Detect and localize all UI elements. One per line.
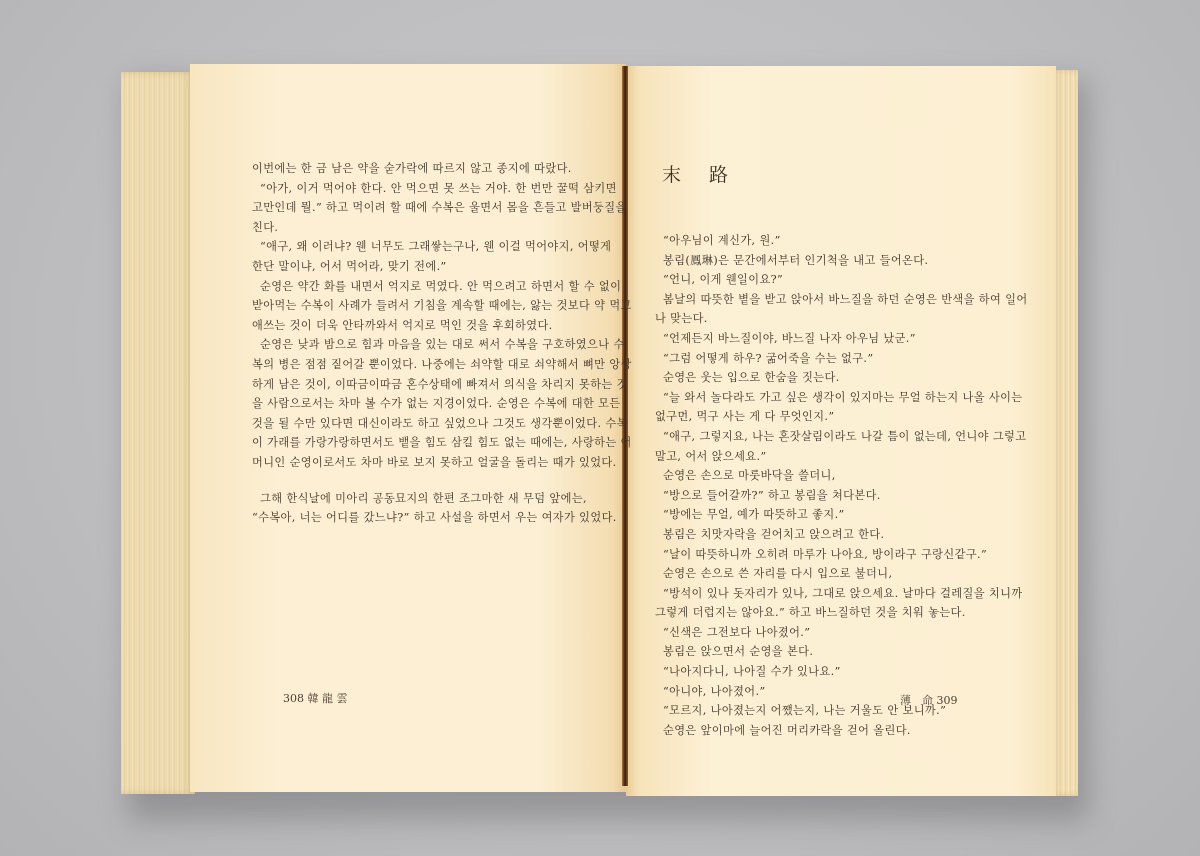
text-line: 하게 남은 것이, 이따금이따금 혼수상태에 빠져서 의식을 차리지 못하는 것 bbox=[252, 375, 590, 395]
text-line: 나 맞는다. bbox=[655, 309, 989, 329]
text-line: 이번에는 한 금 남은 약을 숟가락에 따르지 않고 종지에 따랐다. bbox=[252, 159, 590, 179]
chapter-title: 末路 bbox=[662, 160, 756, 187]
chapter-title-char: 路 bbox=[709, 164, 730, 186]
text-line: 순영은 약간 화를 내면서 억지로 먹였다. 안 먹으려고 하면서 할 수 없이 bbox=[252, 277, 590, 297]
text-line: 애쓰는 것이 더욱 안타까와서 억지로 먹인 것을 후회하였다. bbox=[252, 316, 590, 336]
text-line: 그해 한식날에 미아리 공동묘지의 한편 조그마한 새 무덤 앞에는, bbox=[252, 489, 590, 509]
text-line: 봄날의 따뜻한 볕을 받고 앉아서 바느질을 하던 순영은 반색을 하여 일어 bbox=[655, 290, 989, 310]
text-line: 순영은 손으로 마룻바닥을 쓸더니, bbox=[655, 466, 989, 486]
text-line: 친다. bbox=[252, 218, 590, 238]
text-line: 봉림은 치맛자락을 걷어치고 앉으려고 한다. bbox=[655, 525, 989, 545]
text-line: 봉림(鳳琳)은 문간에서부터 인기척을 내고 들어온다. bbox=[655, 251, 989, 271]
text-line: “늘 와서 놀다라도 가고 싶은 생각이 있지마는 무얼 하는지 나올 사이는 bbox=[655, 388, 989, 408]
text-line: 봉림은 앉으면서 순영을 본다. bbox=[655, 642, 989, 662]
text-line: “방으로 들어갈까?” 하고 봉림을 쳐다본다. bbox=[655, 486, 989, 506]
text-line: “아우님이 계신가, 원.” bbox=[655, 231, 989, 251]
text-line: “애구, 그렇지요, 나는 혼잣살림이라도 나갈 틈이 없는데, 언니야 그렇고 bbox=[655, 427, 989, 447]
text-line: 한단 말이냐, 어서 먹어라, 맞기 전에.” bbox=[252, 257, 590, 277]
text-line: “나아지다니, 나아질 수가 있나요.” bbox=[655, 662, 989, 682]
text-line: 그렇게 더럽지는 않아요.” 하고 바느질하던 것을 치워 놓는다. bbox=[655, 603, 989, 623]
text-line: “수복아, 너는 어디를 갔느냐?” 하고 사설을 하면서 우는 여자가 있었다… bbox=[252, 508, 590, 528]
text-line: “언제든지 바느질이야, 바느질 나자 아우님 났군.” bbox=[655, 329, 989, 349]
page-block-left-edge bbox=[121, 72, 195, 794]
text-line: 이 가래를 가랑가랑하면서도 뱉을 힘도 삼킬 힘도 없는 때에는, 사랑하는 … bbox=[252, 433, 590, 453]
text-line: “방석이 있나 돗자리가 있나, 그대로 앉으세요. 날마다 걸레질을 치니까 bbox=[655, 584, 989, 604]
text-line: 순영은 낮과 밤으로 힘과 마음을 있는 대로 써서 수복을 구호하였으나 수 bbox=[252, 335, 590, 355]
text-line: 복의 병은 점점 짙어갈 뿐이었다. 나중에는 쇠약할 대로 쇠약해서 뼈만 앙… bbox=[252, 355, 590, 375]
chapter-title-char: 末 bbox=[662, 164, 683, 186]
text-line: 머니인 순영이로서도 차마 바로 보지 못하고 얼굴을 돌리는 때가 있었다. bbox=[252, 453, 590, 473]
text-line: 순영은 앞이마에 늘어진 머리카락을 걷어 올린다. bbox=[655, 721, 989, 741]
text-line: 받아먹는 수복이 사례가 들려서 기침을 계속할 때에는, 앓는 것보다 약 먹… bbox=[252, 296, 590, 316]
text-line: “신색은 그전보다 나아졌어.” bbox=[655, 623, 989, 643]
text-line: 말고, 어서 앉으세요.” bbox=[655, 447, 989, 467]
text-line: 것을 될 수만 있다면 대신이라도 하고 싶었으나 그것도 생각뿐이었다. 수복 bbox=[252, 414, 590, 434]
text-line: “애구, 왜 이러냐? 웬 너무도 그래쌓는구나, 웬 이걸 먹어야지, 어떻게 bbox=[252, 237, 590, 257]
right-page-body: “아우님이 계신가, 원.” 봉림(鳳琳)은 문간에서부터 인기척을 내고 들어… bbox=[655, 231, 989, 740]
text-line: 순영은 손으로 쓴 자리를 다시 입으로 불더니, bbox=[655, 564, 989, 584]
text-line: “그럼 어떻게 하우? 굶어죽을 수는 없구.” bbox=[655, 349, 989, 369]
text-line: “날이 따뜻하니까 오히려 마루가 나아요, 방이라구 구랑신같구.” bbox=[655, 545, 989, 565]
text-line: 고만인데 뭘.” 하고 먹이려 할 때에 수복은 울면서 몸을 흔들고 발버둥질… bbox=[252, 198, 590, 218]
left-page-body: 이번에는 한 금 남은 약을 숟가락에 따르지 않고 종지에 따랐다. “아가,… bbox=[252, 159, 590, 528]
text-line: 없구먼, 먹구 사는 게 다 무엇인지.” bbox=[655, 407, 989, 427]
text-line: “아가, 이거 먹어야 한다. 안 먹으면 못 쓰는 거야. 한 번만 꿀떡 삼… bbox=[252, 179, 590, 199]
text-line: “언니, 이게 웬일이요?” bbox=[655, 270, 989, 290]
text-line: “방에는 무얼, 예가 따뜻하고 좋지.” bbox=[655, 505, 989, 525]
text-line: 순영은 웃는 입으로 한숨을 짓는다. bbox=[655, 368, 989, 388]
text-line: 을 사람으로서는 차마 볼 수가 없는 지경이었다. 순영은 수복에 대한 모든 bbox=[252, 394, 590, 414]
page-number-left: 308 韓 龍 雲 bbox=[283, 690, 348, 706]
page-number-right: 薄 命 309 bbox=[900, 692, 958, 708]
